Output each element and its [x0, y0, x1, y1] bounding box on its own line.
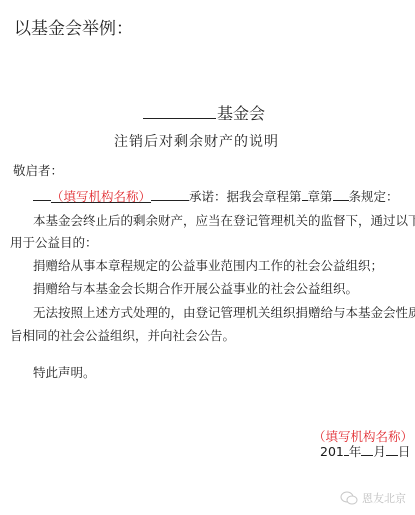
wechat-icon	[340, 491, 358, 505]
donation-option-2: 捐赠给与本基金会长期合作开展公益事业的社会公益组织。	[33, 279, 358, 297]
year-label: 年	[349, 444, 362, 459]
blank-before-name	[33, 188, 51, 201]
paragraph-2-line-2: 旨相同的社会公益组织，并向社会公告。	[10, 326, 235, 344]
day-label: 日	[398, 444, 411, 459]
watermark: 恩友北京	[340, 490, 406, 506]
donation-option-1: 捐赠给从事本章程规定的公益事业范围内工作的社会公益组织；	[33, 256, 383, 274]
promise-line: （填写机构名称）承诺：据我会章程第章第条规定：	[33, 187, 399, 205]
promise-text-b: 章第	[308, 189, 333, 204]
intro-heading: 以基金会举例：	[14, 14, 133, 39]
closing-statement: 特此声明。	[33, 363, 96, 381]
day-blank	[386, 443, 398, 456]
document-subtitle: 注销后对剩余财产的说明	[114, 131, 279, 151]
org-suffix: 基金会	[217, 104, 265, 123]
org-name-placeholder: （填写机构名称）	[51, 189, 151, 204]
salutation: 敬启者：	[13, 161, 63, 179]
org-name-blank	[143, 104, 216, 119]
paragraph-2-line-1: 无法按照上述方式处理的，由登记管理机关组织捐赠给与本基金会性质、宗	[33, 303, 415, 321]
paragraph-1-line-1: 本基金会终止后的剩余财产，应当在登记管理机关的监督下，通过以下方式	[33, 211, 415, 229]
blank-after-name	[151, 188, 189, 201]
month-label: 月	[373, 444, 386, 459]
month-blank	[361, 443, 373, 456]
date-year-prefix: 201	[320, 444, 344, 459]
promise-text-a: 承诺：据我会章程第	[189, 189, 302, 204]
article-blank	[333, 188, 349, 201]
watermark-text: 恩友北京	[362, 490, 406, 506]
paragraph-1-line-2: 用于公益目的：	[10, 233, 98, 251]
promise-text-c: 条规定：	[349, 189, 399, 204]
org-title: 基金会	[143, 101, 265, 124]
signature-date: 201年月日	[320, 442, 410, 460]
